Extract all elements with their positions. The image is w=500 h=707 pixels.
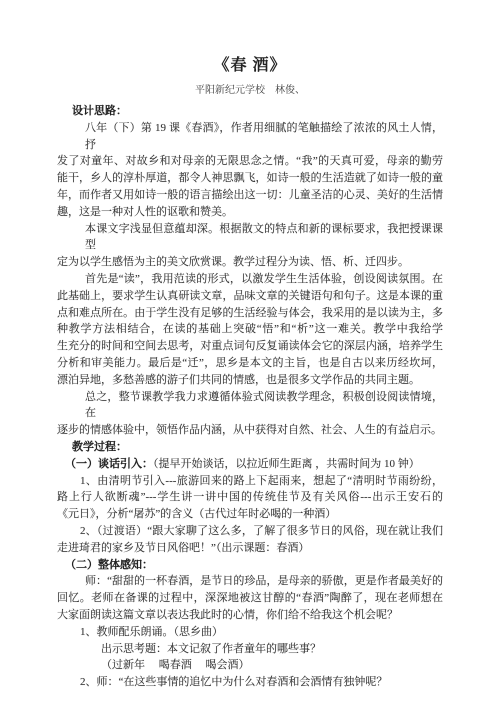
text-run: 漂泊异地，多愁善感的游子们共同的情感，也是很多文学作品的共同主题。 bbox=[57, 374, 420, 386]
text-line: 1、由清明节引入---旅游回来的路上下起雨来，想起了“清明时节雨纷纷， bbox=[57, 473, 443, 490]
text-run: （提早开始谈话，以拉近师生距离 ，共需时间为 10 钟） bbox=[153, 458, 420, 470]
text-run: 2、（过渡语）“跟大家聊了这么多，了解了很多节日的风俗，现在就让我们 bbox=[80, 525, 443, 537]
text-line: 能干，乡人的淳朴厚道，都令人神思飘飞，如诗一般的生活造就了如诗一般的童 bbox=[57, 170, 443, 187]
text-run: 定为以学生感悟为主的美文欣赏课。教学过程分为读、悟、析、迁四步。 bbox=[57, 256, 409, 268]
text-line: 师：“甜甜的一杯春酒，是节日的珍品，是母亲的骄傲，更是作者最美好的 bbox=[57, 573, 443, 590]
text-run: 点和难点所在。由于学生没有足够的生活经验与体会，我采用的是以读为主，多 bbox=[57, 307, 443, 319]
text-line: 走进琦君的家乡及节日风俗吧！”（出示课题：春酒） bbox=[57, 540, 443, 557]
text-run: 趣，这是一种对人性的讴歌和赞美。 bbox=[57, 206, 233, 218]
text-run: 《元日》，分析“屠苏”的含义（古代过年时必喝的一种酒） bbox=[57, 508, 336, 520]
text-run: （过新年 喝春酒 喝会酒） bbox=[101, 659, 250, 671]
text-run: 1、教师配乐朗诵。（思乡曲） bbox=[80, 626, 223, 638]
text-run-bold: 设计思路： bbox=[72, 105, 127, 117]
text-line: 大家面朗读这篇文章以表达我此时的心情，你们给不给我这个机会呢？ bbox=[57, 607, 443, 624]
text-run-bold: 教学过程： bbox=[72, 441, 127, 453]
text-line: 设计思路： bbox=[57, 103, 443, 120]
text-line: 出示思考题：本文记叙了作者童年的哪些事？ bbox=[57, 641, 443, 658]
text-line: 2、（过渡语）“跟大家聊了这么多，了解了很多节日的风俗，现在就让我们 bbox=[57, 523, 443, 540]
text-run: 走进琦君的家乡及节日风俗吧！”（出示课题：春酒） bbox=[57, 542, 309, 554]
text-line: （过新年 喝春酒 喝会酒） bbox=[57, 657, 443, 674]
text-line: 趣，这是一种对人性的讴歌和赞美。 bbox=[57, 204, 443, 221]
text-line: 漂泊异地，多愁善感的游子们共同的情感，也是很多文学作品的共同主题。 bbox=[57, 372, 443, 389]
text-line: 此基础上，要求学生认真研读文章，品味文章的关键语句和句子。这是本课的重 bbox=[57, 288, 443, 305]
text-line: 逐步的情感体验中，领悟作品内涵，从中获得对自然、社会、人生的有益启示。 bbox=[57, 422, 443, 439]
text-run: 能干，乡人的淳朴厚道，都令人神思飘飞，如诗一般的生活造就了如诗一般的童 bbox=[57, 172, 443, 184]
text-run: 分析和审美能力。最后是“迁”，思乡是本文的主旨，也是自古以来历经坎坷， bbox=[57, 357, 443, 369]
text-run-bold: （一）谈话引入： bbox=[65, 458, 153, 470]
text-line: 路上行人欲断魂”---学生讲一讲中国的传统佳节及有关风俗---出示王安石的 bbox=[57, 489, 443, 506]
text-line: 总之，整节课教学我力求遵循体验式阅读教学理念，积极创设阅读情境，在 bbox=[57, 389, 443, 423]
document-title: 《春 酒》 bbox=[0, 0, 500, 75]
text-run: 1、由清明节引入---旅游回来的路上下起雨来，想起了“清明时节雨纷纷， bbox=[80, 475, 443, 487]
text-run: 本课文字浅显但意蕴却深。根据散文的特点和新的课标要求，我把授课课型 bbox=[85, 223, 443, 252]
text-line: 本课文字浅显但意蕴却深。根据散文的特点和新的课标要求，我把授课课型 bbox=[57, 221, 443, 255]
text-line: 首先是“读”，我用范读的形式，以激发学生生活体验，创设阅读氛围。在 bbox=[57, 271, 443, 288]
text-line: 种教学方法相结合，在读的基础上突破“悟”和“析”这一难关。教学中我给学 bbox=[57, 321, 443, 338]
text-line: （二）整体感知： bbox=[57, 557, 443, 574]
text-line: 发了对童年、对故乡和对母亲的无限思念之情。“我”的天真可爱，母亲的勤劳 bbox=[57, 153, 443, 170]
text-line: 定为以学生感悟为主的美文欣赏课。教学过程分为读、悟、析、迁四步。 bbox=[57, 254, 443, 271]
text-run: 生充分的时间和空间去思考，对重点词句反复诵读体会它的深层内涵，培养学生 bbox=[57, 340, 443, 352]
text-run: 2、师：“在这些事情的追忆中为什么对春酒和会酒情有独钟呢？ bbox=[80, 676, 387, 688]
text-run: 年，而作者又用如诗一般的语言描绘出这一切：儿童圣洁的心灵、美好的生活情 bbox=[57, 189, 443, 201]
text-line: 生充分的时间和空间去思考，对重点词句反复诵读体会它的深层内涵，培养学生 bbox=[57, 338, 443, 355]
text-run: 出示思考题：本文记叙了作者童年的哪些事？ bbox=[101, 643, 321, 655]
text-run: 总之，整节课教学我力求遵循体验式阅读教学理念，积极创设阅读情境，在 bbox=[85, 391, 443, 420]
text-run: 回忆。老师在备课的过程中，深深地被这甘醇的“春酒”陶醉了，现在老师想在 bbox=[57, 592, 443, 604]
text-run: 此基础上，要求学生认真研读文章，品味文章的关键语句和句子。这是本课的重 bbox=[57, 290, 443, 302]
text-run: 种教学方法相结合，在读的基础上突破“悟”和“析”这一难关。教学中我给学 bbox=[57, 323, 443, 335]
text-line: 回忆。老师在备课的过程中，深深地被这甘醇的“春酒”陶醉了，现在老师想在 bbox=[57, 590, 443, 607]
text-run: 师：“甜甜的一杯春酒，是节日的珍品，是母亲的骄傲，更是作者最美好的 bbox=[85, 575, 443, 587]
text-line: 年，而作者又用如诗一般的语言描绘出这一切：儿童圣洁的心灵、美好的生活情 bbox=[57, 187, 443, 204]
text-line: 八年（下）第 19 课《春酒》，作者用细腻的笔触描绘了浓浓的风土人情，抒 bbox=[57, 120, 443, 154]
document-page: 《春 酒》 平阳新纪元学校 林俊、 设计思路：八年（下）第 19 课《春酒》，作… bbox=[0, 0, 500, 707]
text-line: 1、教师配乐朗诵。（思乡曲） bbox=[57, 624, 443, 641]
text-run: 八年（下）第 19 课《春酒》，作者用细腻的笔触描绘了浓浓的风土人情，抒 bbox=[85, 122, 443, 151]
text-run-bold: （二）整体感知： bbox=[65, 559, 153, 571]
text-run: 路上行人欲断魂”---学生讲一讲中国的传统佳节及有关风俗---出示王安石的 bbox=[57, 491, 443, 503]
text-line: 《元日》，分析“屠苏”的含义（古代过年时必喝的一种酒） bbox=[57, 506, 443, 523]
document-body: 设计思路：八年（下）第 19 课《春酒》，作者用细腻的笔触描绘了浓浓的风土人情，… bbox=[57, 103, 443, 691]
text-line: 分析和审美能力。最后是“迁”，思乡是本文的主旨，也是自古以来历经坎坷， bbox=[57, 355, 443, 372]
text-line: （一）谈话引入：（提早开始谈话，以拉近师生距离 ，共需时间为 10 钟） bbox=[57, 456, 443, 473]
text-run: 大家面朗读这篇文章以表达我此时的心情，你们给不给我这个机会呢？ bbox=[57, 609, 398, 621]
author-line: 平阳新纪元学校 林俊、 bbox=[0, 81, 500, 96]
text-run: 首先是“读”，我用范读的形式，以激发学生生活体验，创设阅读氛围。在 bbox=[85, 273, 443, 285]
text-run: 发了对童年、对故乡和对母亲的无限思念之情。“我”的天真可爱，母亲的勤劳 bbox=[57, 155, 443, 167]
text-run: 逐步的情感体验中，领悟作品内涵，从中获得对自然、社会、人生的有益启示。 bbox=[57, 424, 442, 436]
text-line: 教学过程： bbox=[57, 439, 443, 456]
text-line: 2、师：“在这些事情的追忆中为什么对春酒和会酒情有独钟呢？ bbox=[57, 674, 443, 691]
text-line: 点和难点所在。由于学生没有足够的生活经验与体会，我采用的是以读为主，多 bbox=[57, 305, 443, 322]
